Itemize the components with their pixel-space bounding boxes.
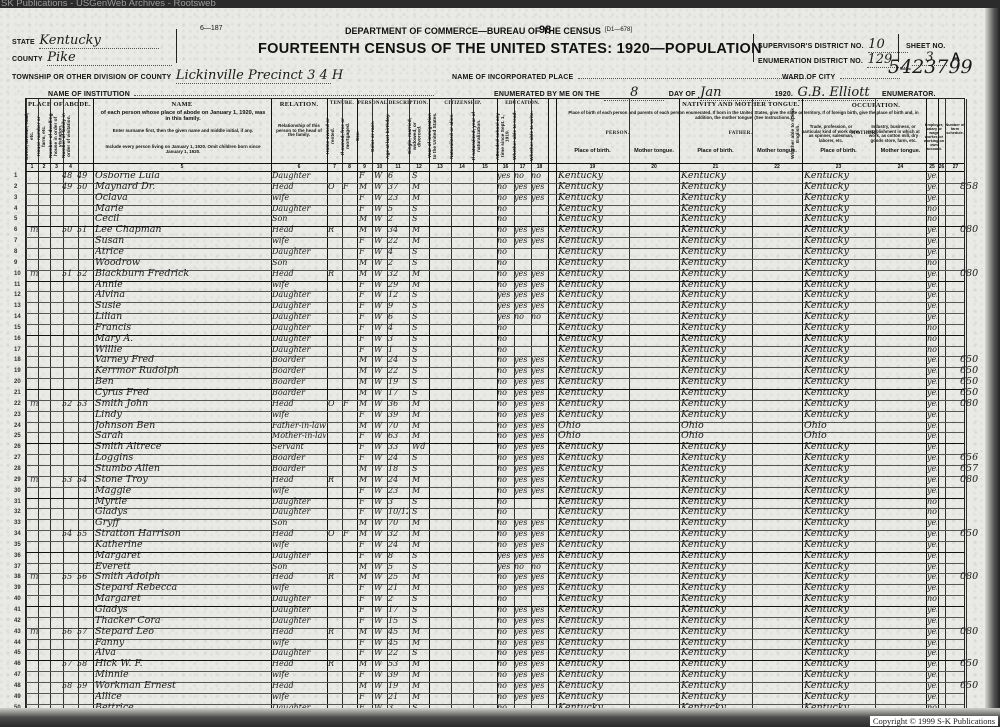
department-heading: DEPARTMENT OF COMMERCE—BUREAU OF THE CEN…: [345, 26, 601, 36]
sub-column-header: If owned, free or mortgaged.: [342, 111, 357, 161]
line-number: 8: [14, 249, 26, 255]
dwelling-number: 52: [62, 398, 77, 410]
family-number: 55: [77, 528, 92, 540]
can-read: yes: [514, 691, 530, 703]
family-number: 58: [77, 658, 92, 670]
sub-column-header: Year of immigration to the United States…: [429, 111, 451, 161]
sub-column-header: Single, married, widowed, or divorced.: [409, 111, 429, 161]
day-of-label: DAY OF: [669, 91, 696, 98]
line-number: 20: [14, 379, 26, 385]
father-heading: FATHER.: [679, 131, 802, 136]
family-number: 52: [77, 268, 92, 280]
line-number: 28: [14, 466, 26, 472]
home-tenure: R: [328, 658, 340, 670]
bracket: [753, 34, 754, 62]
person-heading: PERSON.: [556, 131, 679, 136]
institution-value: [134, 95, 434, 96]
family-number: 57: [77, 626, 92, 638]
column-number: 24: [875, 164, 926, 170]
sub-column-header: If naturalized, year of naturalization.: [473, 111, 497, 161]
home-tenure: R: [328, 268, 340, 280]
person-birth-header: Place of birth.: [556, 149, 629, 155]
copyright-notice: Copyright © 1999 S-K Publications: [870, 716, 998, 726]
margin-mark: m: [30, 572, 42, 582]
line-number: 42: [14, 618, 26, 624]
line-number: 36: [14, 553, 26, 559]
can-read: yes: [514, 485, 530, 497]
name-description: of each person whose place of abode on J…: [98, 111, 268, 123]
enumerator-label: ENUMERATOR.: [882, 91, 936, 98]
census-title: FOURTEENTH CENSUS OF THE UNITED STATES: …: [258, 41, 762, 57]
margin-mark: m: [30, 225, 42, 235]
can-write: yes: [531, 582, 547, 594]
sub-column-header: Color or race.: [372, 111, 387, 161]
column-number: 27: [945, 164, 966, 170]
state-value: Kentucky: [39, 33, 159, 49]
sub-column-header: Home owned or rented.: [327, 111, 342, 161]
line-number: 4: [14, 206, 26, 212]
ward-field: WARD OF CITY: [782, 66, 900, 84]
ward-value: [840, 78, 900, 79]
nativity-description: Place of birth of each person and parent…: [566, 111, 921, 120]
scan-edge-right: [985, 8, 1000, 727]
education-heading: EDUCATION.: [497, 101, 548, 106]
line-number: 33: [14, 520, 26, 526]
column-number: 26: [938, 164, 945, 170]
line-number: 15: [14, 325, 26, 331]
dwelling-number: 54: [62, 528, 77, 540]
line-number: 22: [14, 401, 26, 407]
dwelling-number: 49: [62, 181, 77, 193]
line-number: 23: [14, 412, 26, 418]
line-number: 13: [14, 303, 26, 309]
enumerated-label: ENUMERATED BY ME ON THE: [494, 91, 600, 98]
dwelling-number: 51: [62, 268, 77, 280]
column-number: 8: [342, 164, 357, 170]
occupation-heading: OCCUPATION.: [796, 102, 956, 109]
enumeration-label: ENUMERATION DISTRICT NO.: [758, 58, 863, 65]
column-number: 7: [327, 164, 342, 170]
line-number: 21: [14, 390, 26, 396]
family-number: 54: [77, 474, 92, 486]
can-write: yes: [531, 235, 547, 247]
margin-mark: m: [30, 475, 42, 485]
margin-mark: m: [30, 399, 42, 409]
mortgage-status: F: [343, 398, 355, 410]
home-tenure: R: [328, 474, 340, 486]
family-number: 59: [77, 680, 92, 692]
dwelling-number: 57: [62, 658, 77, 670]
can-read: yes: [514, 235, 530, 247]
institution-label: NAME OF INSTITUTION: [48, 91, 130, 98]
line-number: 34: [14, 531, 26, 537]
township-field: TOWNSHIP OR OTHER DIVISION OF COUNTY Lic…: [12, 66, 331, 84]
county-value: Pike: [47, 50, 172, 66]
dwelling-number: 56: [62, 626, 77, 638]
occupation-trade-header: Trade, profession, or particular kind of…: [801, 125, 861, 143]
home-tenure: R: [328, 571, 340, 583]
township-value: Lickinville Precinct 3 4 H: [176, 68, 331, 84]
form-number: 6—187: [200, 25, 223, 32]
line-number: 9: [14, 260, 26, 266]
line-number: 6: [14, 227, 26, 233]
incorporated-value: [578, 78, 808, 79]
line-number: 49: [14, 694, 26, 700]
line-number: 12: [14, 292, 26, 298]
dwelling-number: 50: [62, 224, 77, 236]
line-number: 27: [14, 455, 26, 461]
line-number: 32: [14, 509, 26, 515]
home-tenure: R: [328, 224, 340, 236]
can-read: yes: [514, 192, 530, 204]
line-number: 46: [14, 661, 26, 667]
can-write: yes: [531, 691, 547, 703]
home-tenure: O: [328, 528, 340, 540]
line-number: 35: [14, 542, 26, 548]
county-label: COUNTY: [12, 56, 43, 63]
column-number: 20: [629, 164, 679, 170]
farm-schedule-header: Number of farm schedule.: [945, 123, 965, 135]
mother-birth-header: Place of birth.: [802, 149, 875, 155]
mortgage-status: F: [343, 181, 355, 193]
line-number: 25: [14, 433, 26, 439]
stamp-number: 5423799: [888, 56, 973, 78]
margin-mark: m: [30, 269, 42, 279]
line-number: 3: [14, 195, 26, 201]
line-number: 41: [14, 607, 26, 613]
year-value: 1920.: [775, 91, 794, 98]
abode-heading: PLACE OF ABODE.: [26, 101, 93, 108]
line-number: 47: [14, 672, 26, 678]
line-number: 38: [14, 574, 26, 580]
state-label: STATE: [12, 39, 35, 46]
line-number: 7: [14, 238, 26, 244]
line-number: 48: [14, 683, 26, 689]
sub-column-header: Whether able to read.: [514, 111, 531, 161]
father-birth-header: Place of birth.: [679, 149, 752, 155]
line-number: 10: [14, 271, 26, 277]
county-field: COUNTY Pike: [12, 48, 172, 66]
line-number: 29: [14, 477, 26, 483]
column-number: 2: [38, 164, 50, 170]
line-number: 26: [14, 444, 26, 450]
can-write: yes: [531, 485, 547, 497]
supervisor-label: SUPERVISOR'S DISTRICT NO.: [758, 43, 864, 50]
scan-edge-bottom: Copyright © 1999 S-K Publications: [0, 708, 1000, 727]
relation-heading: RELATION.: [271, 101, 327, 108]
incorporated-label: NAME OF INCORPORATED PLACE: [452, 74, 573, 81]
dwelling-number: 58: [62, 680, 77, 692]
family-number: 50: [77, 181, 92, 193]
line-number: 11: [14, 282, 26, 288]
line-number: 16: [14, 336, 26, 342]
column-number: 15: [473, 164, 497, 170]
can-write: yes: [531, 192, 547, 204]
line-number: 5: [14, 216, 26, 222]
name-heading: NAME: [93, 101, 271, 108]
column-number: 22: [752, 164, 802, 170]
dwelling-number: 55: [62, 571, 77, 583]
relation-description: Relationship of this person to the head …: [273, 124, 325, 138]
line-number: 30: [14, 488, 26, 494]
home-tenure: O: [328, 181, 340, 193]
family-number: 51: [77, 224, 92, 236]
bracket: [176, 29, 177, 63]
sub-column-header: Attended school any time since Sept. 1, …: [497, 111, 514, 161]
home-tenure: O: [328, 398, 340, 410]
line-number: 2: [14, 184, 26, 190]
form-code: [D1—678]: [605, 27, 632, 33]
name-note-1: Enter surname first, then the given name…: [98, 129, 268, 134]
line-number: 14: [14, 314, 26, 320]
line-number: 19: [14, 368, 26, 374]
name-note-2: Include every person living on January 1…: [98, 145, 268, 154]
line-number: 1: [14, 173, 26, 179]
family-number: 56: [77, 571, 92, 583]
line-number: 40: [14, 596, 26, 602]
line-number: 31: [14, 499, 26, 505]
line-number: 44: [14, 640, 26, 646]
ward-label: WARD OF CITY: [782, 74, 835, 81]
state-field: STATE Kentucky: [12, 31, 159, 49]
incorporated-field: NAME OF INCORPORATED PLACE: [452, 66, 808, 84]
line-number: 45: [14, 650, 26, 656]
can-read: no: [514, 311, 530, 323]
page-number: 98: [539, 24, 551, 36]
line-number: 39: [14, 585, 26, 591]
sub-column-header: Number of family in order of visitation.: [63, 111, 78, 161]
margin-mark: m: [30, 627, 42, 637]
citizenship-heading: CITIZENSHIP.: [429, 101, 497, 106]
sub-column-header: Naturalized or alien.: [451, 111, 473, 161]
can-read: yes: [514, 582, 530, 594]
family-number: 53: [77, 398, 92, 410]
line-number: 18: [14, 357, 26, 363]
column-number: 13: [429, 164, 451, 170]
sub-column-header: Age at last birthday.: [387, 111, 409, 161]
mother-tongue-header: Mother tongue.: [875, 149, 926, 155]
dwelling-number: 53: [62, 474, 77, 486]
line-number: 43: [14, 629, 26, 635]
mortgage-status: F: [343, 528, 355, 540]
line-number: 37: [14, 564, 26, 570]
sub-column-header: Sex.: [357, 111, 372, 161]
home-tenure: R: [328, 626, 340, 638]
line-number: 24: [14, 423, 26, 429]
column-number: 1: [26, 164, 38, 170]
line-number: 17: [14, 347, 26, 353]
personal-heading: PERSONAL DESCRIPTION.: [357, 101, 429, 106]
census-sheet: STATE Kentucky COUNTY Pike TOWNSHIP OR O…: [0, 8, 985, 720]
can-write: no: [531, 311, 547, 323]
column-number: 14: [451, 164, 473, 170]
person-tongue-header: Mother tongue.: [629, 149, 679, 155]
sub-column-header: Whether able to write.: [531, 111, 548, 161]
township-label: TOWNSHIP OR OTHER DIVISION OF COUNTY: [12, 74, 171, 81]
